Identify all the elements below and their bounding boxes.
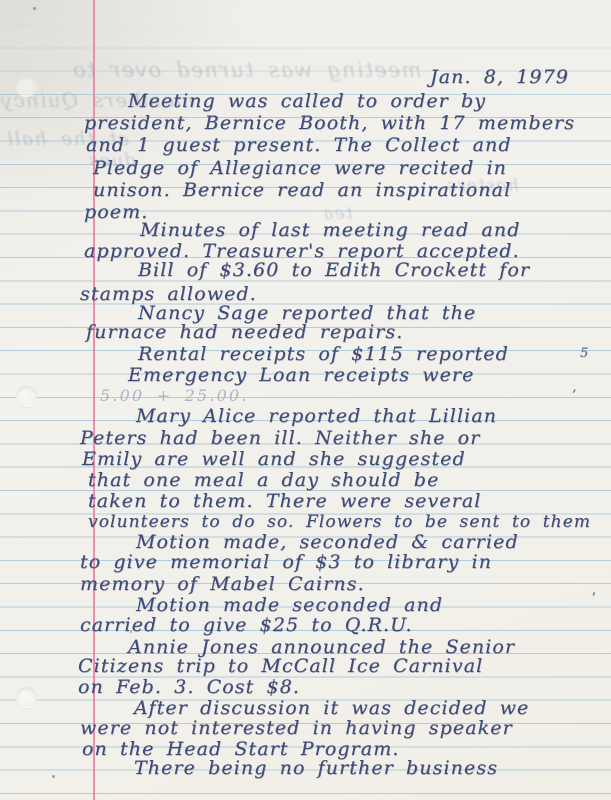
- margin-mark: 5: [580, 346, 588, 361]
- paper-speck: [33, 7, 36, 10]
- paper-speck: [130, 631, 132, 633]
- margin-mark: ʹ: [592, 592, 596, 607]
- punch-hole: [16, 386, 37, 407]
- margin-mark: ’: [572, 388, 576, 403]
- paper-speck: [52, 775, 55, 778]
- punch-hole: [16, 687, 37, 708]
- notebook-page: meeting was turned over tomembers Quincy…: [0, 0, 611, 800]
- margin-marks-layer: 5’ʹ: [0, 0, 611, 800]
- punch-hole: [16, 76, 37, 97]
